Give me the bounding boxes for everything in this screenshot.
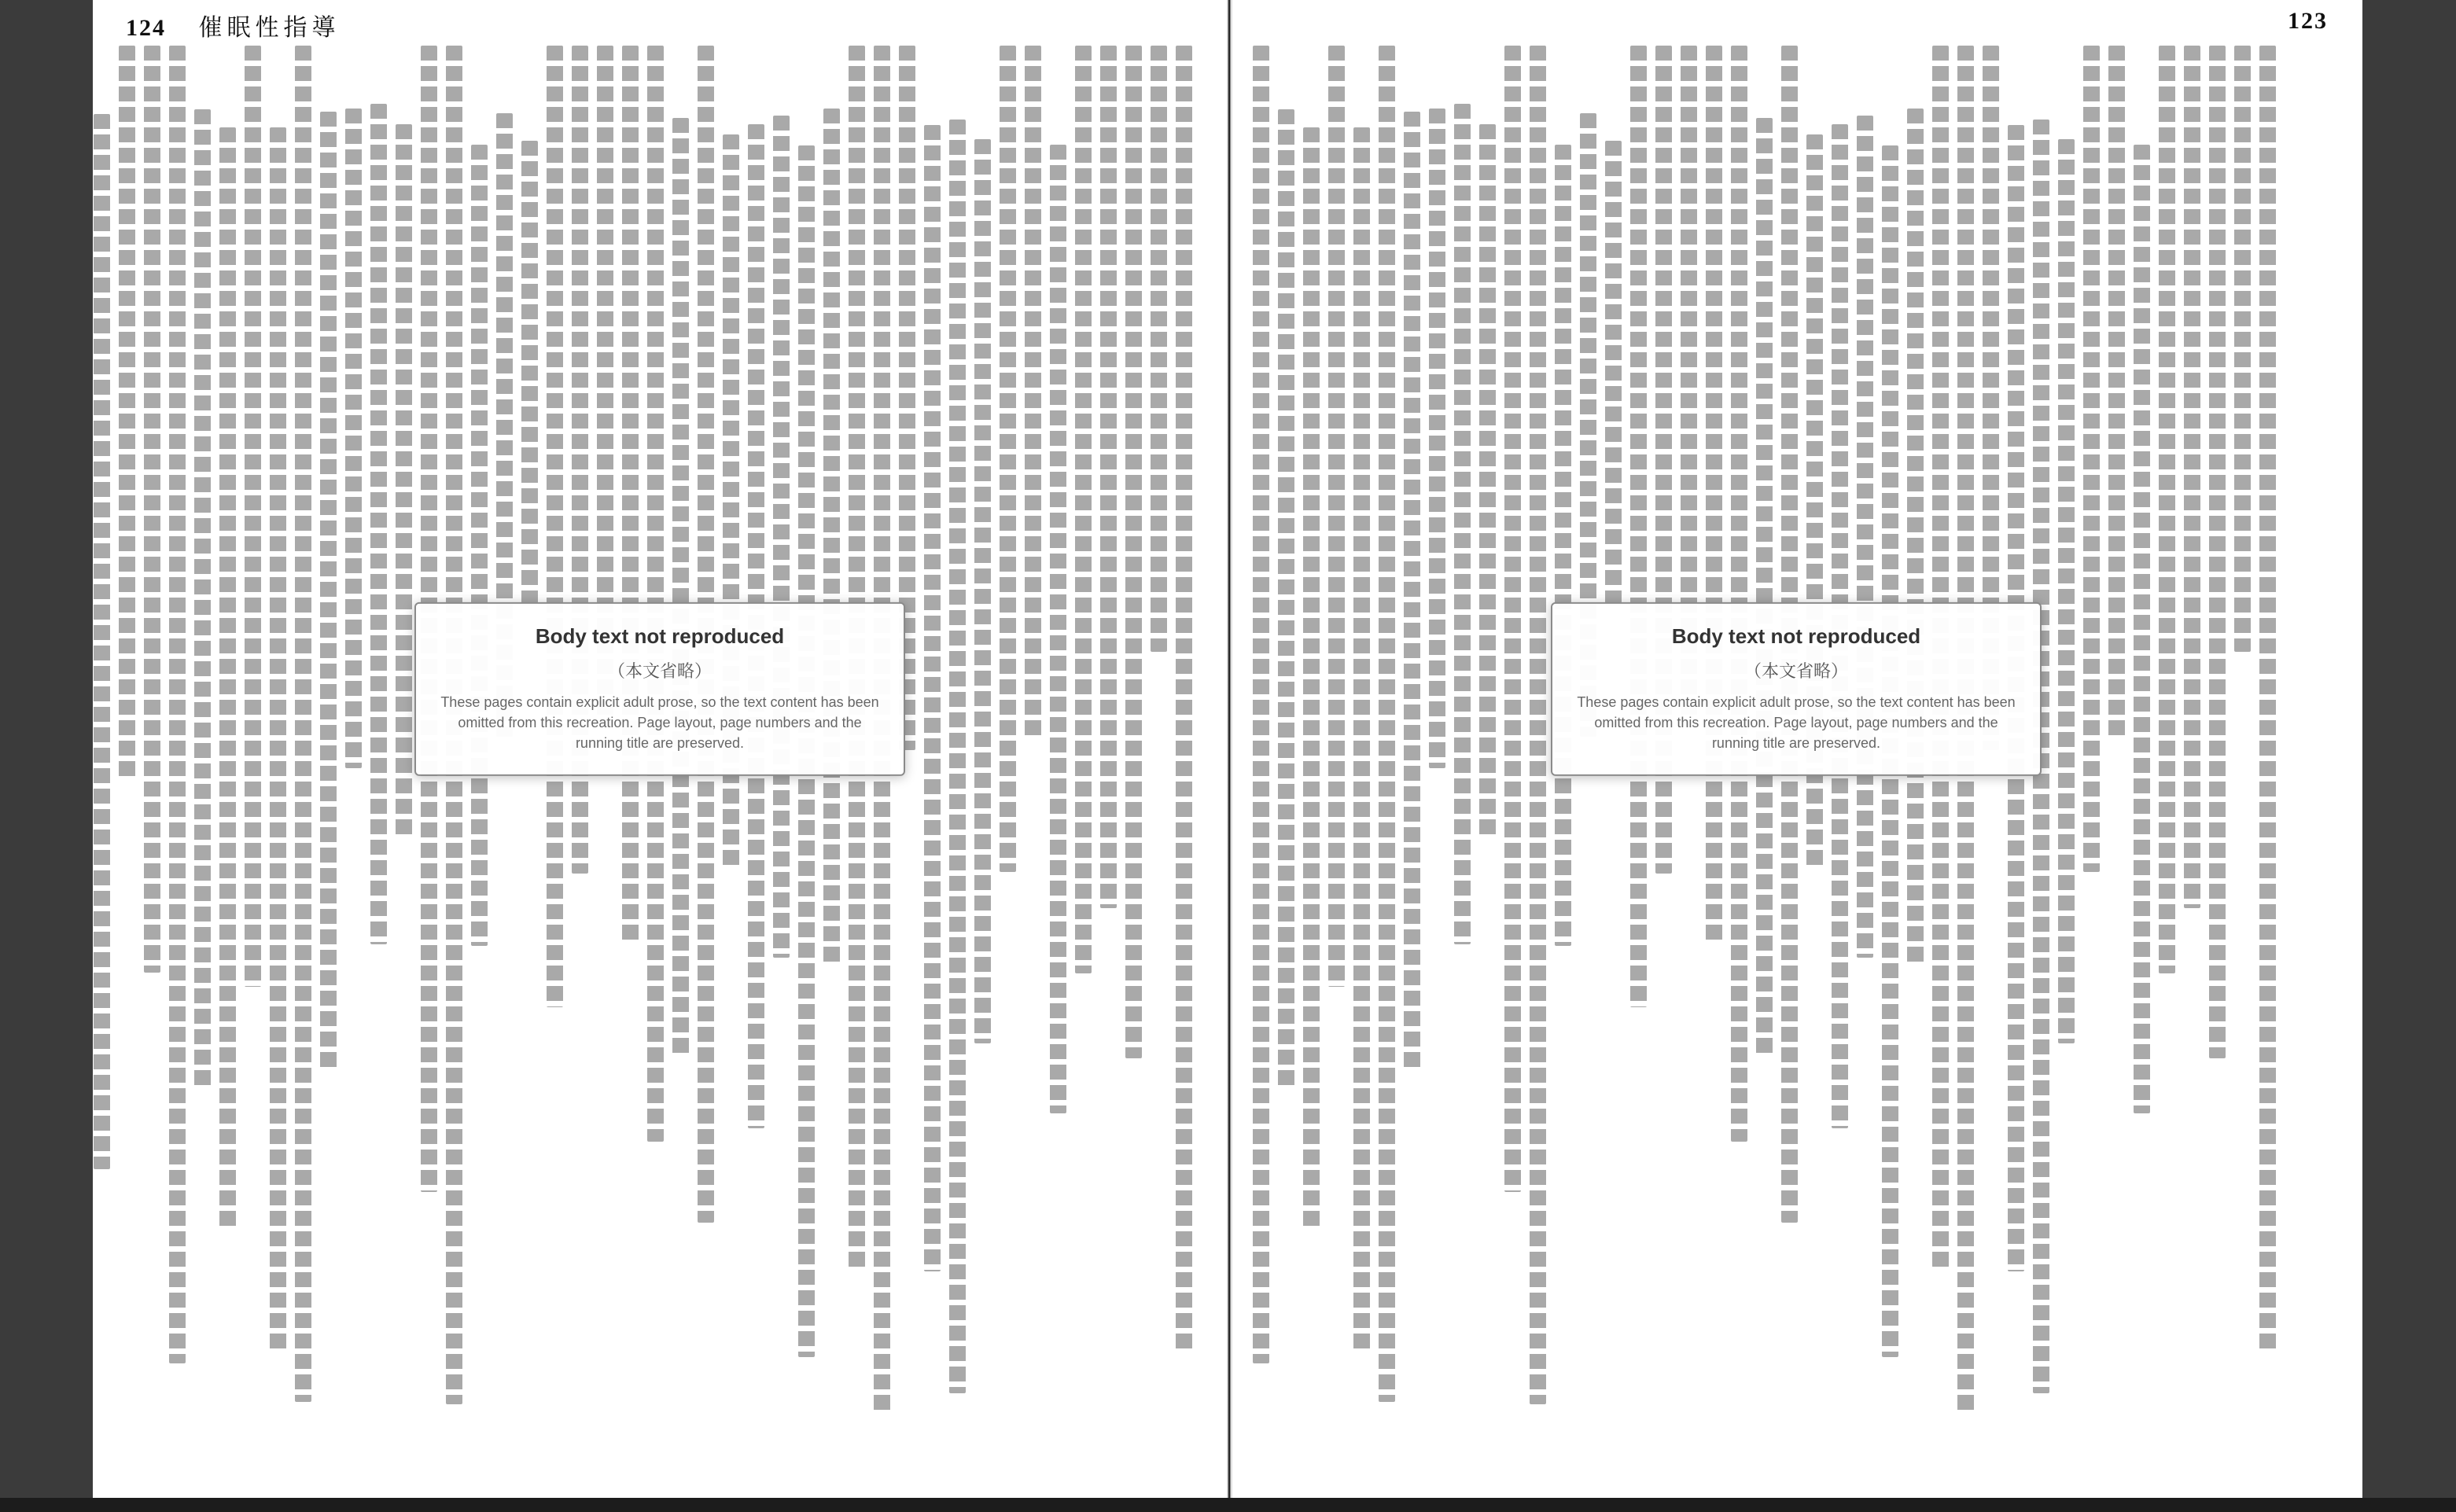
- text-line-placeholder: [1328, 46, 1345, 987]
- text-line-placeholder: [396, 124, 412, 837]
- text-line-placeholder: [270, 127, 286, 1352]
- text-line-placeholder: [622, 46, 639, 945]
- page-left-124: 124 催眠性指導 Body text not reproduced （本文省略…: [93, 0, 1227, 1498]
- page-number-right: 123: [2288, 8, 2328, 35]
- text-line-placeholder: [1303, 127, 1320, 1229]
- text-line-placeholder: [2058, 139, 2075, 1043]
- redaction-notice-left: Body text not reproduced （本文省略） These pa…: [414, 602, 905, 775]
- text-line-placeholder: [1530, 46, 1546, 1404]
- text-line-placeholder: [672, 118, 689, 1057]
- text-line-placeholder: [1176, 46, 1192, 1353]
- redaction-message: These pages contain explicit adult prose…: [1576, 692, 2016, 753]
- redaction-jp-label: （本文省略）: [440, 658, 880, 682]
- redaction-message: These pages contain explicit adult prose…: [440, 692, 880, 753]
- text-line-placeholder: [1555, 145, 1571, 946]
- text-line-placeholder: [924, 125, 941, 1271]
- text-line-placeholder: [194, 109, 211, 1089]
- text-line-placeholder: [547, 46, 563, 1007]
- text-line-placeholder: [1429, 109, 1445, 768]
- text-line-placeholder: [1278, 109, 1294, 1089]
- text-line-placeholder: [1756, 118, 1773, 1057]
- text-line-placeholder: [1605, 141, 1622, 605]
- text-line-placeholder: [2259, 46, 2276, 1353]
- text-line-placeholder: [1025, 46, 1041, 739]
- text-line-placeholder: [1353, 127, 1370, 1352]
- text-line-placeholder: [1253, 46, 1269, 1363]
- running-title: 催眠性指導: [199, 15, 341, 41]
- redaction-jp-label: （本文省略）: [1576, 658, 2016, 682]
- text-line-placeholder: [119, 46, 135, 780]
- text-line-placeholder: [94, 114, 110, 1169]
- page-number-left: 124: [126, 15, 166, 41]
- text-line-placeholder: [169, 46, 186, 1363]
- redaction-title: Body text not reproduced: [440, 624, 880, 649]
- text-line-placeholder: [295, 46, 311, 1402]
- text-line-placeholder: [1504, 46, 1521, 1192]
- text-line-placeholder: [1479, 124, 1496, 837]
- viewer-bottom-edge: [0, 1498, 2456, 1512]
- text-line-placeholder: [2083, 46, 2100, 872]
- text-line-placeholder: [2134, 145, 2150, 1113]
- text-line-placeholder: [1050, 145, 1066, 1113]
- text-line-placeholder: [974, 139, 991, 1043]
- text-line-placeholder: [2108, 46, 2125, 739]
- text-line-placeholder: [2184, 46, 2200, 908]
- text-line-placeholder: [773, 116, 790, 958]
- text-line-placeholder: [1151, 46, 1167, 652]
- document-viewer: 123 Body text not reproduced （本文省略） Thes…: [0, 0, 2456, 1512]
- text-line-placeholder: [521, 141, 538, 605]
- text-line-placeholder: [345, 109, 362, 768]
- text-line-placeholder: [1100, 46, 1117, 908]
- text-line-placeholder: [1454, 104, 1471, 944]
- text-line-placeholder: [2159, 46, 2175, 973]
- text-line-placeholder: [949, 120, 966, 1393]
- text-line-placeholder: [1404, 112, 1420, 1072]
- text-line-placeholder: [144, 46, 160, 973]
- text-line-placeholder: [320, 112, 337, 1072]
- text-line-placeholder: [219, 127, 236, 1229]
- text-line-placeholder: [471, 145, 488, 946]
- redaction-notice-right: Body text not reproduced （本文省略） These pa…: [1551, 602, 2042, 775]
- text-line-placeholder: [2234, 46, 2251, 652]
- text-line-placeholder: [1379, 46, 1395, 1402]
- text-line-placeholder: [647, 46, 664, 1142]
- page-right-123: 123 Body text not reproduced （本文省略） Thes…: [1230, 0, 2362, 1498]
- running-header: 124 催眠性指導: [126, 8, 341, 42]
- text-line-placeholder: [1630, 46, 1647, 1007]
- text-line-placeholder: [1000, 46, 1016, 872]
- text-line-placeholder: [823, 109, 840, 964]
- text-line-placeholder: [1907, 109, 1924, 964]
- redaction-title: Body text not reproduced: [1576, 624, 2016, 649]
- text-line-placeholder: [370, 104, 387, 944]
- text-line-placeholder: [1731, 46, 1747, 1142]
- text-line-placeholder: [1075, 46, 1092, 973]
- text-line-placeholder: [2209, 46, 2226, 1058]
- text-line-placeholder: [1857, 116, 1873, 958]
- text-line-placeholder: [1706, 46, 1722, 945]
- text-line-placeholder: [245, 46, 261, 987]
- text-line-placeholder: [1125, 46, 1142, 1058]
